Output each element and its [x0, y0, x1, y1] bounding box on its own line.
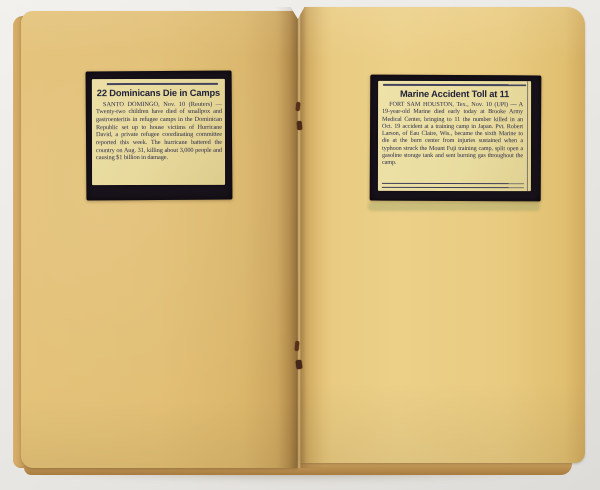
- staple-mark: [297, 121, 303, 130]
- right-newspaper-clipping: Marine Accident Toll at 11 FORT SAM HOUS…: [378, 81, 531, 191]
- clipping-top-rule: [383, 84, 526, 86]
- right-clipping-black-mount: Marine Accident Toll at 11 FORT SAM HOUS…: [370, 75, 542, 202]
- right-clipping-body-text: (UPI) — A 19-year-old Marine died early …: [382, 101, 523, 166]
- right-clipping-dateline: FORT SAM HOUSTON, Tex., Nov. 10: [389, 101, 492, 108]
- left-newspaper-clipping: 22 Dominicans Die in Camps SANTO DOMINGO…: [92, 79, 225, 185]
- clipping-column-rule: [527, 81, 528, 191]
- clipping-top-rule: [107, 83, 218, 85]
- left-clipping-dateline: SANTO DOMINGO, Nov. 10 (Reuters): [103, 100, 212, 107]
- right-clipping-headline: Marine Accident Toll at 11: [380, 88, 529, 98]
- left-clipping-headline: 22 Dominicans Die in Camps: [94, 87, 223, 97]
- photo-of-open-booklet: 22 Dominicans Die in Camps SANTO DOMINGO…: [0, 0, 600, 490]
- ink-ghost-smudge: [368, 202, 540, 211]
- right-clipping-body: FORT SAM HOUSTON, Tex., Nov. 10 (UPI) — …: [382, 101, 523, 167]
- staple-mark: [295, 360, 302, 370]
- left-clipping-body: SANTO DOMINGO, Nov. 10 (Reuters) — Twent…: [96, 100, 222, 162]
- left-clipping-black-mount: 22 Dominicans Die in Camps SANTO DOMINGO…: [86, 70, 233, 200]
- clipping-bottom-rule: [382, 183, 524, 188]
- left-clipping-body-text: — Twenty-two children have died of small…: [96, 100, 222, 161]
